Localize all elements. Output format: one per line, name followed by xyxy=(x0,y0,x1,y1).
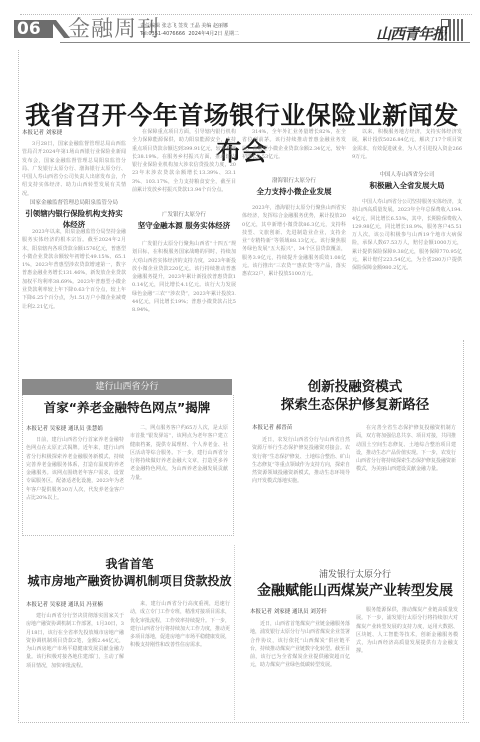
story-c-col2: 来，建行山西省分行高度重视，迅速行动，成立专门工作专班，精准对接项目需求，优化审… xyxy=(130,600,230,720)
story-b-headline-line1: 创新投融资模式 xyxy=(240,378,470,396)
lead-col4-text: 以来，积极服务地方经济，支持实体经济发展，累计投放5026.84亿元，解决了17… xyxy=(352,128,462,161)
lead-sub1: 国家金融监督管理总局阳泉监管分局 引领辖内银行保险机构支持实体经济 xyxy=(22,198,126,230)
story-c-col2-text: 来，建行山西省分行高度重视，迅速行动，成立专门工作专班，精准对接项目需求，优化审… xyxy=(130,600,230,650)
lead-col1b-text: 2023年以来，阳泉金融监管分局坚持金融服务实体经济的根本宗旨。截至2024年2… xyxy=(22,228,126,311)
lead-col2b-text: 广发银行太原分行聚焦山西省“十四五”规划目标，在积极服务国家战略的同时，持续加大… xyxy=(132,240,236,315)
story-c-byline: 本报记者 吴家捷 通讯员 冯亚楠 xyxy=(26,600,103,608)
story-a-headline: 首家“养老金融特色网点”揭牌 xyxy=(22,398,232,416)
lead-sub3: 渤海银行太原分行 全力支持小微企业发展 xyxy=(242,176,346,197)
lead-col3b: 2023年，渤海银行太原分行聚焦山西省实体经济，发挥综合金融服务优势，累计投放2… xyxy=(242,204,346,334)
story-a-col1: 日前，建行山西省分行首家养老金融特色网点在太原正式揭牌。近年来，建行山西省分行积… xyxy=(26,436,124,532)
masthead-logo: 山西青年报 xyxy=(376,23,446,44)
lead-sub4-title: 积极融入全省发展大局 xyxy=(352,180,462,191)
lead-col4: 以来，积极服务地方经济，支持实体经济发展，累计投放5026.84亿元，解决了17… xyxy=(352,128,462,170)
story-d-col1-text: 近日，山西省首笔煤炭产业链金融服务落地，浦发银行太原分行与山西省煤炭企业签署合作… xyxy=(250,620,350,670)
story-b-col1-text: 近日，农发行山西省分行与山西省自然资源厅举行生态保护修复投融资对接会。农发行将“… xyxy=(252,436,350,486)
story-d-col2-text: 服务能源保供，推动煤炭产业链高质量发展。下一步，浦发银行太原分行将持续加大对煤炭… xyxy=(356,606,458,656)
header-slash-decoration xyxy=(50,20,70,38)
header-meta: 责任编辑 张志飞 签发 王晶 美编 赵丽娜 Tel:0351-4076666 2… xyxy=(140,22,239,38)
header-tel: Tel:0351-4076666 xyxy=(140,31,185,37)
lead-sub3-title: 全力支持小微企业发展 xyxy=(242,186,346,197)
lead-col2-text: 在保障重点项目方面，引导辖内银行机构全力保障能源保供，助力阳泉能源安全，支持重点… xyxy=(132,128,236,194)
lead-byline: 本报记者 刘家捷 xyxy=(22,128,62,136)
story-d-kicker: 浦发银行太原分行 xyxy=(240,567,470,580)
lead-sub2-title: 坚守金融本源 服务实体经济 xyxy=(132,220,236,231)
lead-col1: 3月28日，国家金融监督管理总局山西监管局召开2024年第1场山西银行业保险业新… xyxy=(22,140,126,196)
header-credits: 责任编辑 张志飞 签发 王晶 美编 赵丽娜 xyxy=(140,22,239,30)
story-c-headline: 我省首笔 城市房地产融资协调机制项目贷款投放 xyxy=(22,556,237,590)
story-d-col2: 服务能源保供，推动煤炭产业链高质量发展。下一步，浦发银行太原分行将持续加大对煤炭… xyxy=(356,606,458,720)
lead-col4b-text: 中国人寿山西省分公司坚持服务实体经济，支持山西高质量发展。2023年全年总保费收… xyxy=(352,198,462,273)
story-c-headline-line1: 我省首笔 xyxy=(22,556,237,573)
lead-sub3-kicker: 渤海银行太原分行 xyxy=(242,176,346,184)
header-date: 2024年4月2日 星期二 xyxy=(188,31,239,37)
story-b-byline: 本报记者 郝晋苗 xyxy=(252,423,292,431)
story-b-col1: 近日，农发行山西省分行与山西省自然资源厅举行生态保护修复投融资对接会。农发行将“… xyxy=(252,436,350,536)
lead-col3-text: 314%，全年外汇业务量增长82%，在全省位列前茅。该行持续推动普惠金融业务发展… xyxy=(242,128,346,161)
story-b-headline-line2: 探索生态保护修复新路径 xyxy=(240,396,470,414)
story-b-col2-text: 在完善全省生态保护修复投融资机制方面，双方将加强信息共享、项目对接，共同推动国土… xyxy=(356,424,456,474)
top-divider xyxy=(20,14,472,15)
story-b-headline: 创新投融资模式 探索生态保护修复新路径 xyxy=(240,378,470,414)
lead-col2b: 广发银行太原分行聚焦山西省“十四五”规划目标，在积极服务国家战略的同时，持续加大… xyxy=(132,240,236,342)
story-a-col1-text: 日前，建行山西省分行首家养老金融特色网点在太原正式揭牌。近年来，建行山西省分行积… xyxy=(26,436,124,502)
story-a-col2: 二，网点服务客户约65万人次，是太原市首批“银发驿站”，该网点为老年客户建立健康… xyxy=(130,424,228,532)
story-c-col1-text: 建行山西省分行坚决贯彻落实国家关于房地产融资协调机制工作部署，1月30日，3月1… xyxy=(26,612,124,670)
lead-sub1-title: 引领辖内银行保险机构支持实体经济 xyxy=(22,208,126,230)
lead-col4b: 中国人寿山西省分公司坚持服务实体经济，支持山西高质量发展。2023年全年总保费收… xyxy=(352,198,462,322)
lead-col3b-text: 2023年，渤海银行太原分行聚焦山西省实体经济，发挥综合金融服务优势，累计投放2… xyxy=(242,204,346,279)
lead-sub2: 广发银行太原分行 坚守金融本源 服务实体经济 xyxy=(132,210,236,231)
lead-sub4: 中国人寿山西省分公司 积极融入全省发展大局 xyxy=(352,170,462,191)
lead-sub2-kicker: 广发银行太原分行 xyxy=(132,210,236,218)
lead-col1-text: 3月28日，国家金融监督管理总局山西监管局召开2024年第1场山西银行业保险业新… xyxy=(22,140,126,196)
page-number: 06 xyxy=(14,20,53,38)
newspaper-page: 06 金融周刊 责任编辑 张志飞 签发 王晶 美编 赵丽娜 Tel:0351-4… xyxy=(0,0,480,742)
story-d-byline: 本报记者 刘家捷 通讯员 刘芳轩 xyxy=(250,607,327,615)
qr-code-icon[interactable] xyxy=(441,19,463,41)
story-c-headline-line2: 城市房地产融资协调机制项目贷款投放 xyxy=(22,573,237,590)
lead-col1b: 2023年以来，阳泉金融监管分局坚持金融服务实体经济的根本宗旨。截至2024年2… xyxy=(22,228,126,342)
story-a-col2-text: 二，网点服务客户约65万人次，是太原市首批“银发驿站”，该网点为老年客户建立健康… xyxy=(130,424,228,482)
lead-col2: 在保障重点项目方面，引导辖内银行机构全力保障能源保供，助力阳泉能源安全，支持重点… xyxy=(132,128,236,204)
story-b-col2: 在完善全省生态保护修复投融资机制方面，双方将加强信息共享、项目对接，共同推动国土… xyxy=(356,424,456,536)
lead-sub4-kicker: 中国人寿山西省分公司 xyxy=(352,170,462,178)
lead-sub1-kicker: 国家金融监督管理总局阳泉监管分局 xyxy=(22,198,126,206)
story-c-col1: 建行山西省分行坚决贯彻落实国家关于房地产融资协调机制工作部署，1月30日，3月1… xyxy=(26,612,124,720)
column-divider xyxy=(234,545,235,720)
story-d-headline: 金融赋能山西煤炭产业转型发展 xyxy=(240,582,470,600)
story-d-col1: 近日，山西省首笔煤炭产业链金融服务落地，浦发银行太原分行与山西省煤炭企业签署合作… xyxy=(250,620,350,720)
story-a-byline: 本报记者 吴家捷 通讯员 张慧娟 xyxy=(26,424,103,432)
story-a-band: 建行山西省分行 xyxy=(22,379,232,395)
